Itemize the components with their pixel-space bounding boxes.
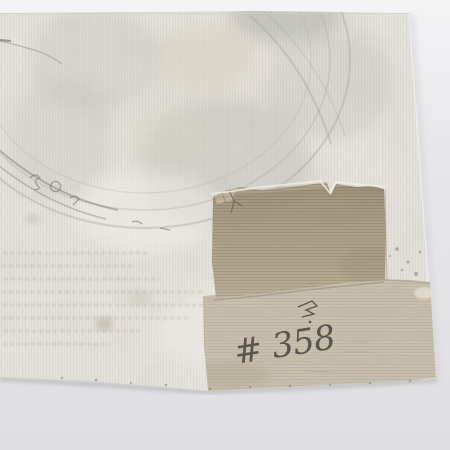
- edge-mark: [0, 40, 11, 41]
- document-photo-canvas: # 358: [0, 0, 450, 450]
- document-photo: # 358: [0, 0, 450, 450]
